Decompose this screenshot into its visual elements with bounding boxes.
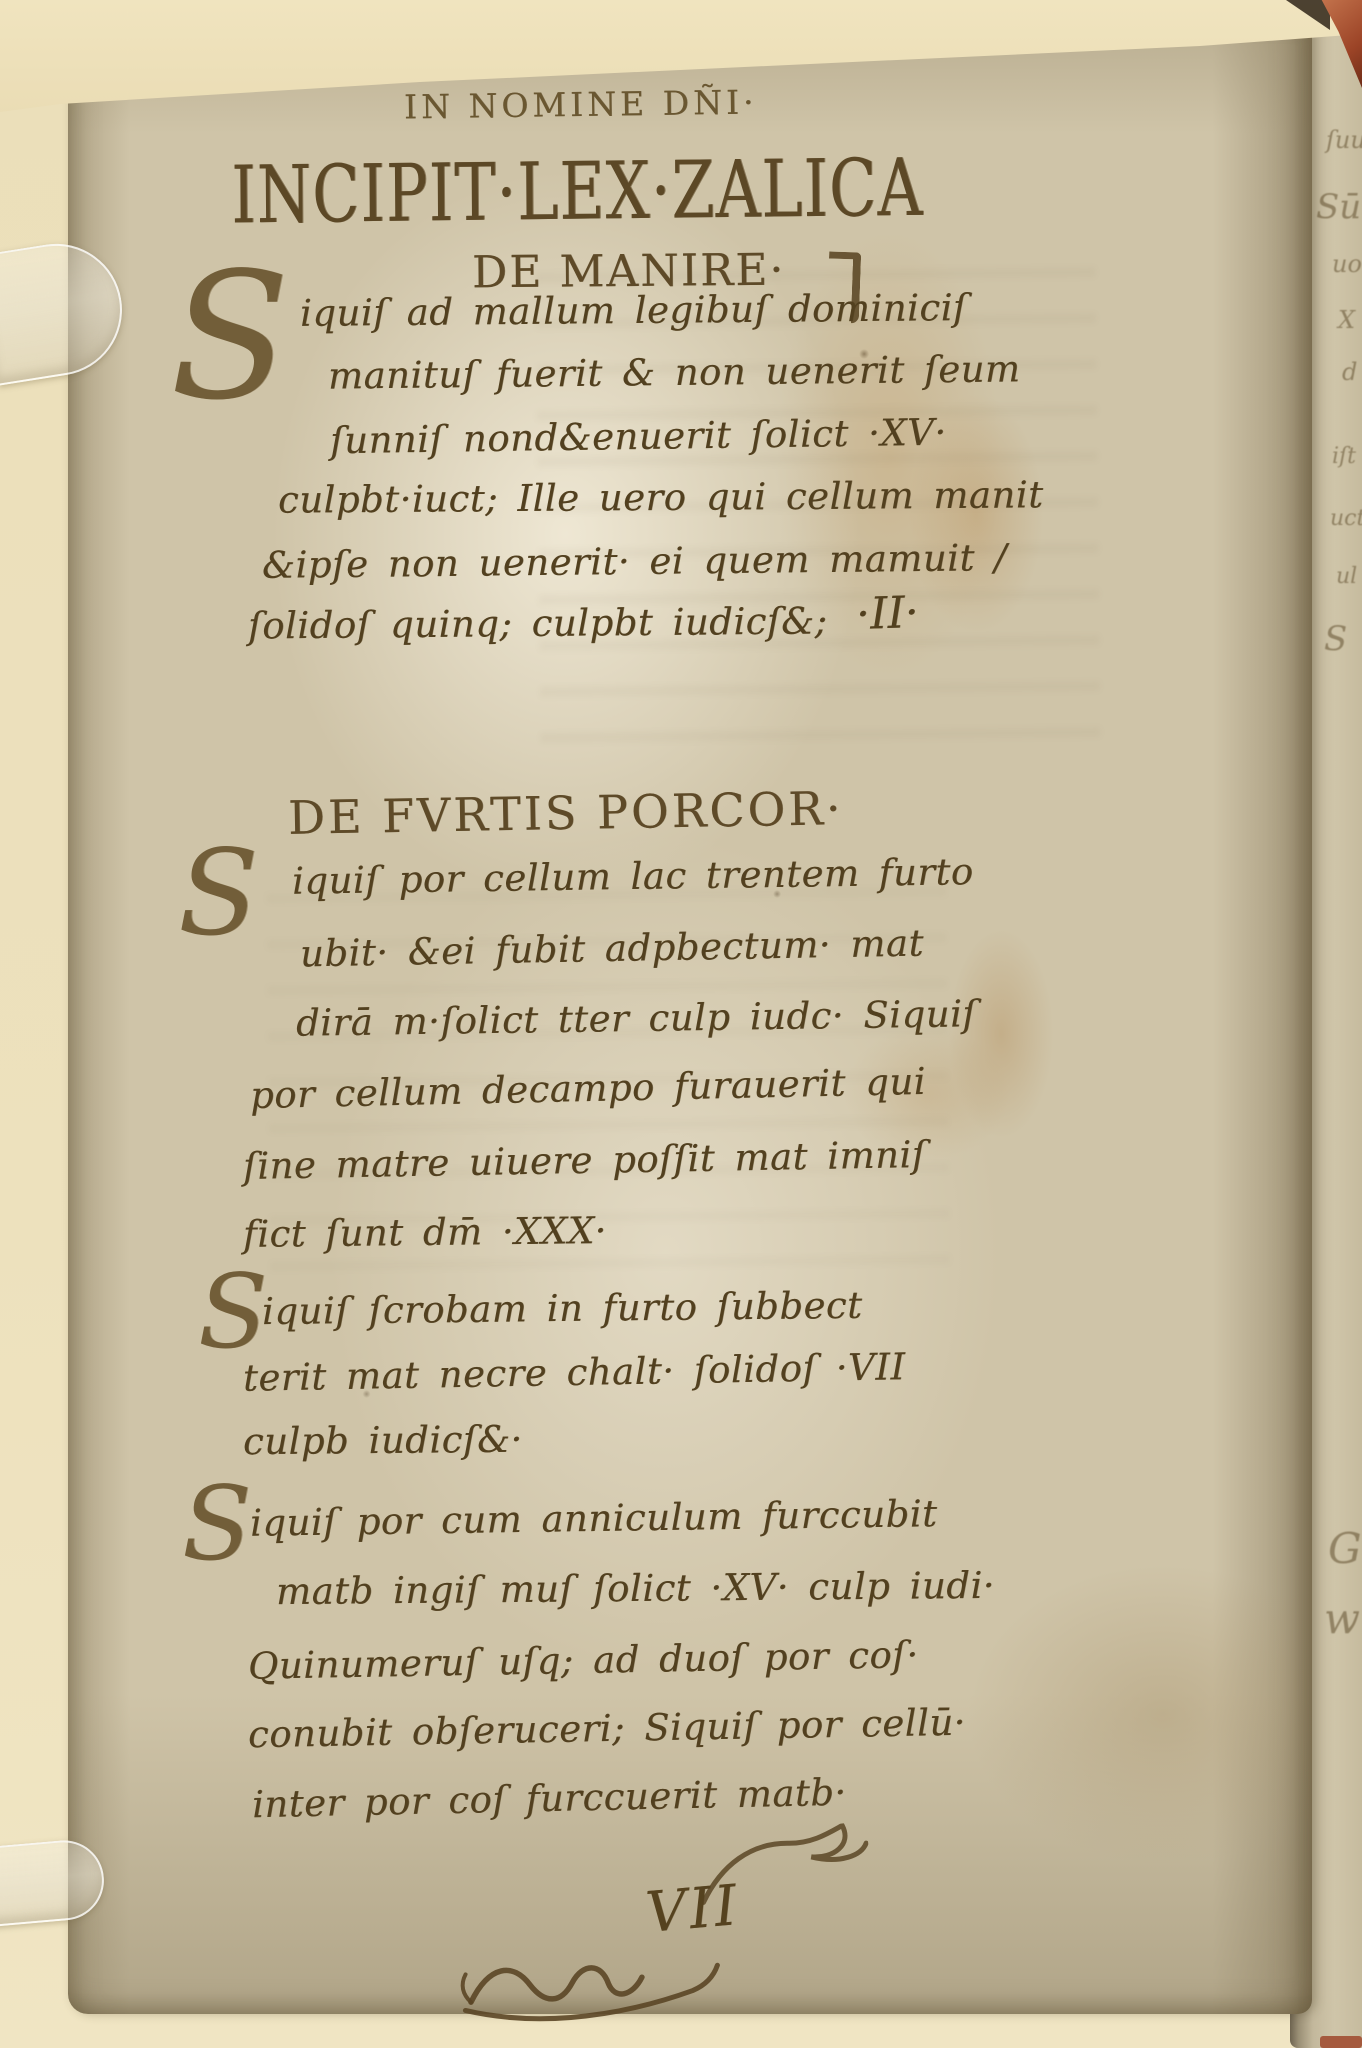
- text-line: iquiſ por cellum lac trentem furto: [292, 853, 974, 900]
- text-line: ſine matre uiuere poſſit mat imniſ: [243, 1136, 927, 1185]
- rubric-de-furtis: DE FVRTIS PORCOR·: [288, 785, 844, 841]
- text-line: fict ſunt dm̄ ·XXX·: [243, 1212, 607, 1253]
- drop-initial-s: S: [178, 846, 259, 940]
- drop-initial-s: S: [182, 1484, 252, 1566]
- drop-initial-s: S: [198, 1272, 268, 1354]
- leaf-text-fragment: w: [1324, 1598, 1360, 1640]
- text-line: iquiſ ſcrobam in furto ſubbect: [262, 1287, 863, 1330]
- text-line: dirā m·ſolict tter culp iudc· Siquiſ: [296, 995, 977, 1041]
- text-line: ſolidoſ quinq; culpbt iudicſ&;: [248, 602, 828, 644]
- leaf-text-fragment: uo: [1332, 252, 1362, 276]
- text-line: culpbt·iuct; Ille uero qui cellum manit: [278, 476, 1044, 518]
- leaf-text-fragment: Sū: [1316, 190, 1361, 224]
- text-line: manituſ fuerit & non uenerit ſeum: [328, 350, 1021, 394]
- text-line: terit mat necre chalt· ſolidoſ ·VII: [243, 1348, 906, 1397]
- leaf-text-fragment: d: [1342, 360, 1357, 384]
- drop-initial-s: S: [170, 268, 290, 408]
- text-line: &ipſe non uenerit· ei quem mamuit /: [262, 539, 1007, 584]
- leaf-text-fragment: ul: [1336, 566, 1357, 588]
- text-line: matb ingiſ muſ ſolict ·XV· culp iudi·: [276, 1567, 995, 1610]
- text-line: ubit· &ei fubit adpbectum· mat: [300, 925, 924, 973]
- invocation-line: IN NOMINE DÑI·: [404, 86, 758, 124]
- leaf-text-fragment: ſuu: [1326, 128, 1362, 152]
- leaf-text-fragment: G: [1328, 1528, 1362, 1570]
- incipit-title: INCIPIT·LEX·ZALICA: [231, 148, 923, 235]
- chapter-numeral-two: ·II·: [855, 591, 919, 637]
- leaf-text-fragment: uct: [1330, 508, 1362, 530]
- text-line: Quinumeruſ uſq; ad duoſ por coſ·: [248, 1636, 919, 1685]
- photograph: ſuu Sū uo X d iſt uct ul S G w IN NOMINE…: [0, 0, 1362, 2048]
- text-line: iquiſ ad mallum legibuſ dominiciſ: [300, 289, 967, 332]
- text-line: ſunniſ nond&enuerit ſolict ·XV·: [330, 414, 947, 460]
- leaf-text-fragment: iſt: [1332, 446, 1356, 468]
- leaf-text-fragment: X: [1338, 308, 1355, 332]
- binding-edge-red: [1320, 2036, 1362, 2048]
- flourish-ornament-icon: [454, 1931, 723, 2029]
- text-line: iquiſ por cum anniculum furccubit: [250, 1495, 938, 1542]
- leaf-text-fragment: S: [1324, 622, 1347, 656]
- text-line: culpb iudicſ&·: [243, 1421, 523, 1460]
